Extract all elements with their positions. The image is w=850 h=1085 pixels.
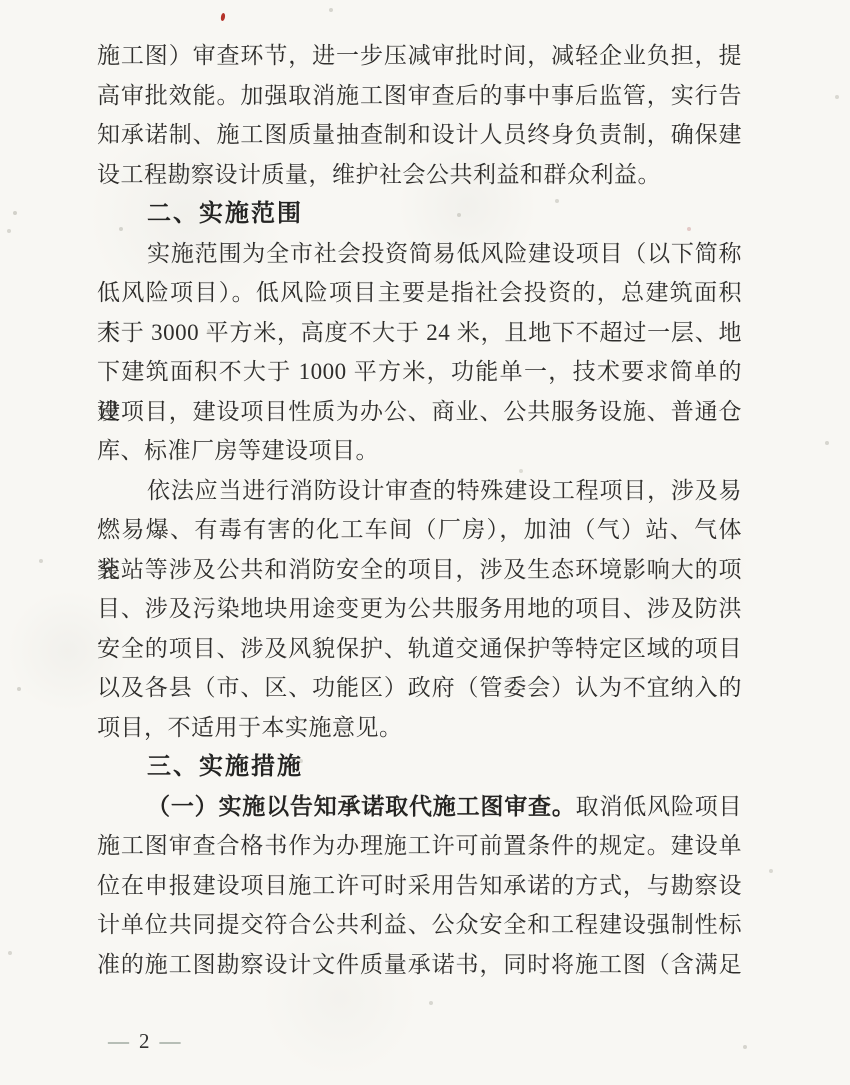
body-text: 准的施工图勘察设计文件质量承诺书，同时将施工图（含满足	[97, 952, 742, 977]
body-text: 高审批效能。加强取消施工图审查后的事中事后监管，实行告	[97, 83, 742, 108]
text-line: 位在申报建设项目施工许可时采用告知承诺的方式，与勘察设	[97, 866, 742, 906]
text-line: 设项目，建设项目性质为办公、商业、公共服务设施、普通仓	[97, 392, 742, 432]
emphasis-text: 三、实施措施	[147, 753, 303, 780]
body-text: 设工程勘察设计质量，维护社会公共利益和群众利益。	[97, 162, 661, 187]
body-text: 计单位共同提交符合公共利益、公众安全和工程建设强制性标	[97, 912, 742, 937]
body-text: 装站等涉及公共和消防安全的项目，涉及生态环境影响大的项	[97, 557, 742, 582]
text-line: 高审批效能。加强取消施工图审查后的事中事后监管，实行告	[97, 76, 742, 116]
text-line: 项目，不适用于本实施意见。	[97, 708, 742, 748]
text-line: 实施范围为全市社会投资简易低风险建设项目（以下简称	[97, 234, 742, 274]
scanned-document-page: 施工图）审查环节，进一步压减审批时间，减轻企业负担，提高审批效能。加强取消施工图…	[0, 0, 850, 1085]
text-line: 大于 3000 平方米，高度不大于 24 米，且地下不超过一层、地	[97, 313, 742, 353]
body-text: 以及各县（市、区、功能区）政府（管委会）认为不宜纳入的	[97, 675, 742, 700]
body-text: 安全的项目、涉及风貌保护、轨道交通保护等特定区域的项目	[97, 636, 742, 661]
text-line: 设工程勘察设计质量，维护社会公共利益和群众利益。	[97, 155, 742, 195]
body-text: 目、涉及污染地块用途变更为公共服务用地的项目、涉及防洪	[97, 596, 742, 621]
text-line: 装站等涉及公共和消防安全的项目，涉及生态环境影响大的项	[97, 550, 742, 590]
emphasis-text: （一）实施以告知承诺取代施工图审查。	[147, 794, 576, 819]
section-heading: 二、实施范围	[97, 194, 742, 234]
red-ink-speck	[220, 13, 226, 22]
text-line: 依法应当进行消防设计审查的特殊建设工程项目，涉及易	[97, 471, 742, 511]
body-text: 项目，不适用于本实施意见。	[97, 715, 403, 740]
body-text: 库、标准厂房等建设项目。	[97, 438, 379, 463]
text-line: 施工图审查合格书作为办理施工许可前置条件的规定。建设单	[97, 826, 742, 866]
body-text: 取消低风险项目	[576, 794, 742, 819]
text-line: 下建筑面积不大于 1000 平方米，功能单一，技术要求简单的建	[97, 352, 742, 392]
body-text: 知承诺制、施工图质量抽查制和设计人员终身负责制，确保建	[97, 122, 742, 147]
body-text: 施工图）审查环节，进一步压减审批时间，减轻企业负担，提	[97, 43, 742, 68]
text-line: 低风险项目）。低风险项目主要是指社会投资的，总建筑面积不	[97, 273, 742, 313]
section-heading: 三、实施措施	[97, 747, 742, 787]
text-line: 计单位共同提交符合公共利益、公众安全和工程建设强制性标	[97, 905, 742, 945]
page-number-dash-left: —	[99, 1029, 139, 1053]
body-text: 设项目，建设项目性质为办公、商业、公共服务设施、普通仓	[97, 399, 742, 424]
emphasis-text: 二、实施范围	[147, 200, 303, 227]
page-number-value: 2	[139, 1029, 151, 1053]
body-text: 位在申报建设项目施工许可时采用告知承诺的方式，与勘察设	[97, 873, 742, 898]
scan-noise	[0, 0, 2, 2]
document-body: 施工图）审查环节，进一步压减审批时间，减轻企业负担，提高审批效能。加强取消施工图…	[97, 36, 742, 984]
page-number-dash-right: —	[151, 1029, 191, 1053]
text-line: 知承诺制、施工图质量抽查制和设计人员终身负责制，确保建	[97, 115, 742, 155]
text-line: 安全的项目、涉及风貌保护、轨道交通保护等特定区域的项目	[97, 629, 742, 669]
text-line: 准的施工图勘察设计文件质量承诺书，同时将施工图（含满足	[97, 945, 742, 985]
text-line: 目、涉及污染地块用途变更为公共服务用地的项目、涉及防洪	[97, 589, 742, 629]
body-text: 实施范围为全市社会投资简易低风险建设项目（以下简称	[147, 241, 742, 266]
page-number: —2—	[99, 1029, 191, 1054]
body-text: 施工图审查合格书作为办理施工许可前置条件的规定。建设单	[97, 833, 742, 858]
text-line: 施工图）审查环节，进一步压减审批时间，减轻企业负担，提	[97, 36, 742, 76]
body-text: 大于 3000 平方米，高度不大于 24 米，且地下不超过一层、地	[97, 320, 742, 345]
text-line: 库、标准厂房等建设项目。	[97, 431, 742, 471]
text-line: 燃易爆、有毒有害的化工车间（厂房），加油（气）站、气体充	[97, 510, 742, 550]
body-text: 依法应当进行消防设计审查的特殊建设工程项目，涉及易	[147, 478, 742, 503]
text-line: （一）实施以告知承诺取代施工图审查。取消低风险项目	[97, 787, 742, 827]
text-line: 以及各县（市、区、功能区）政府（管委会）认为不宜纳入的	[97, 668, 742, 708]
